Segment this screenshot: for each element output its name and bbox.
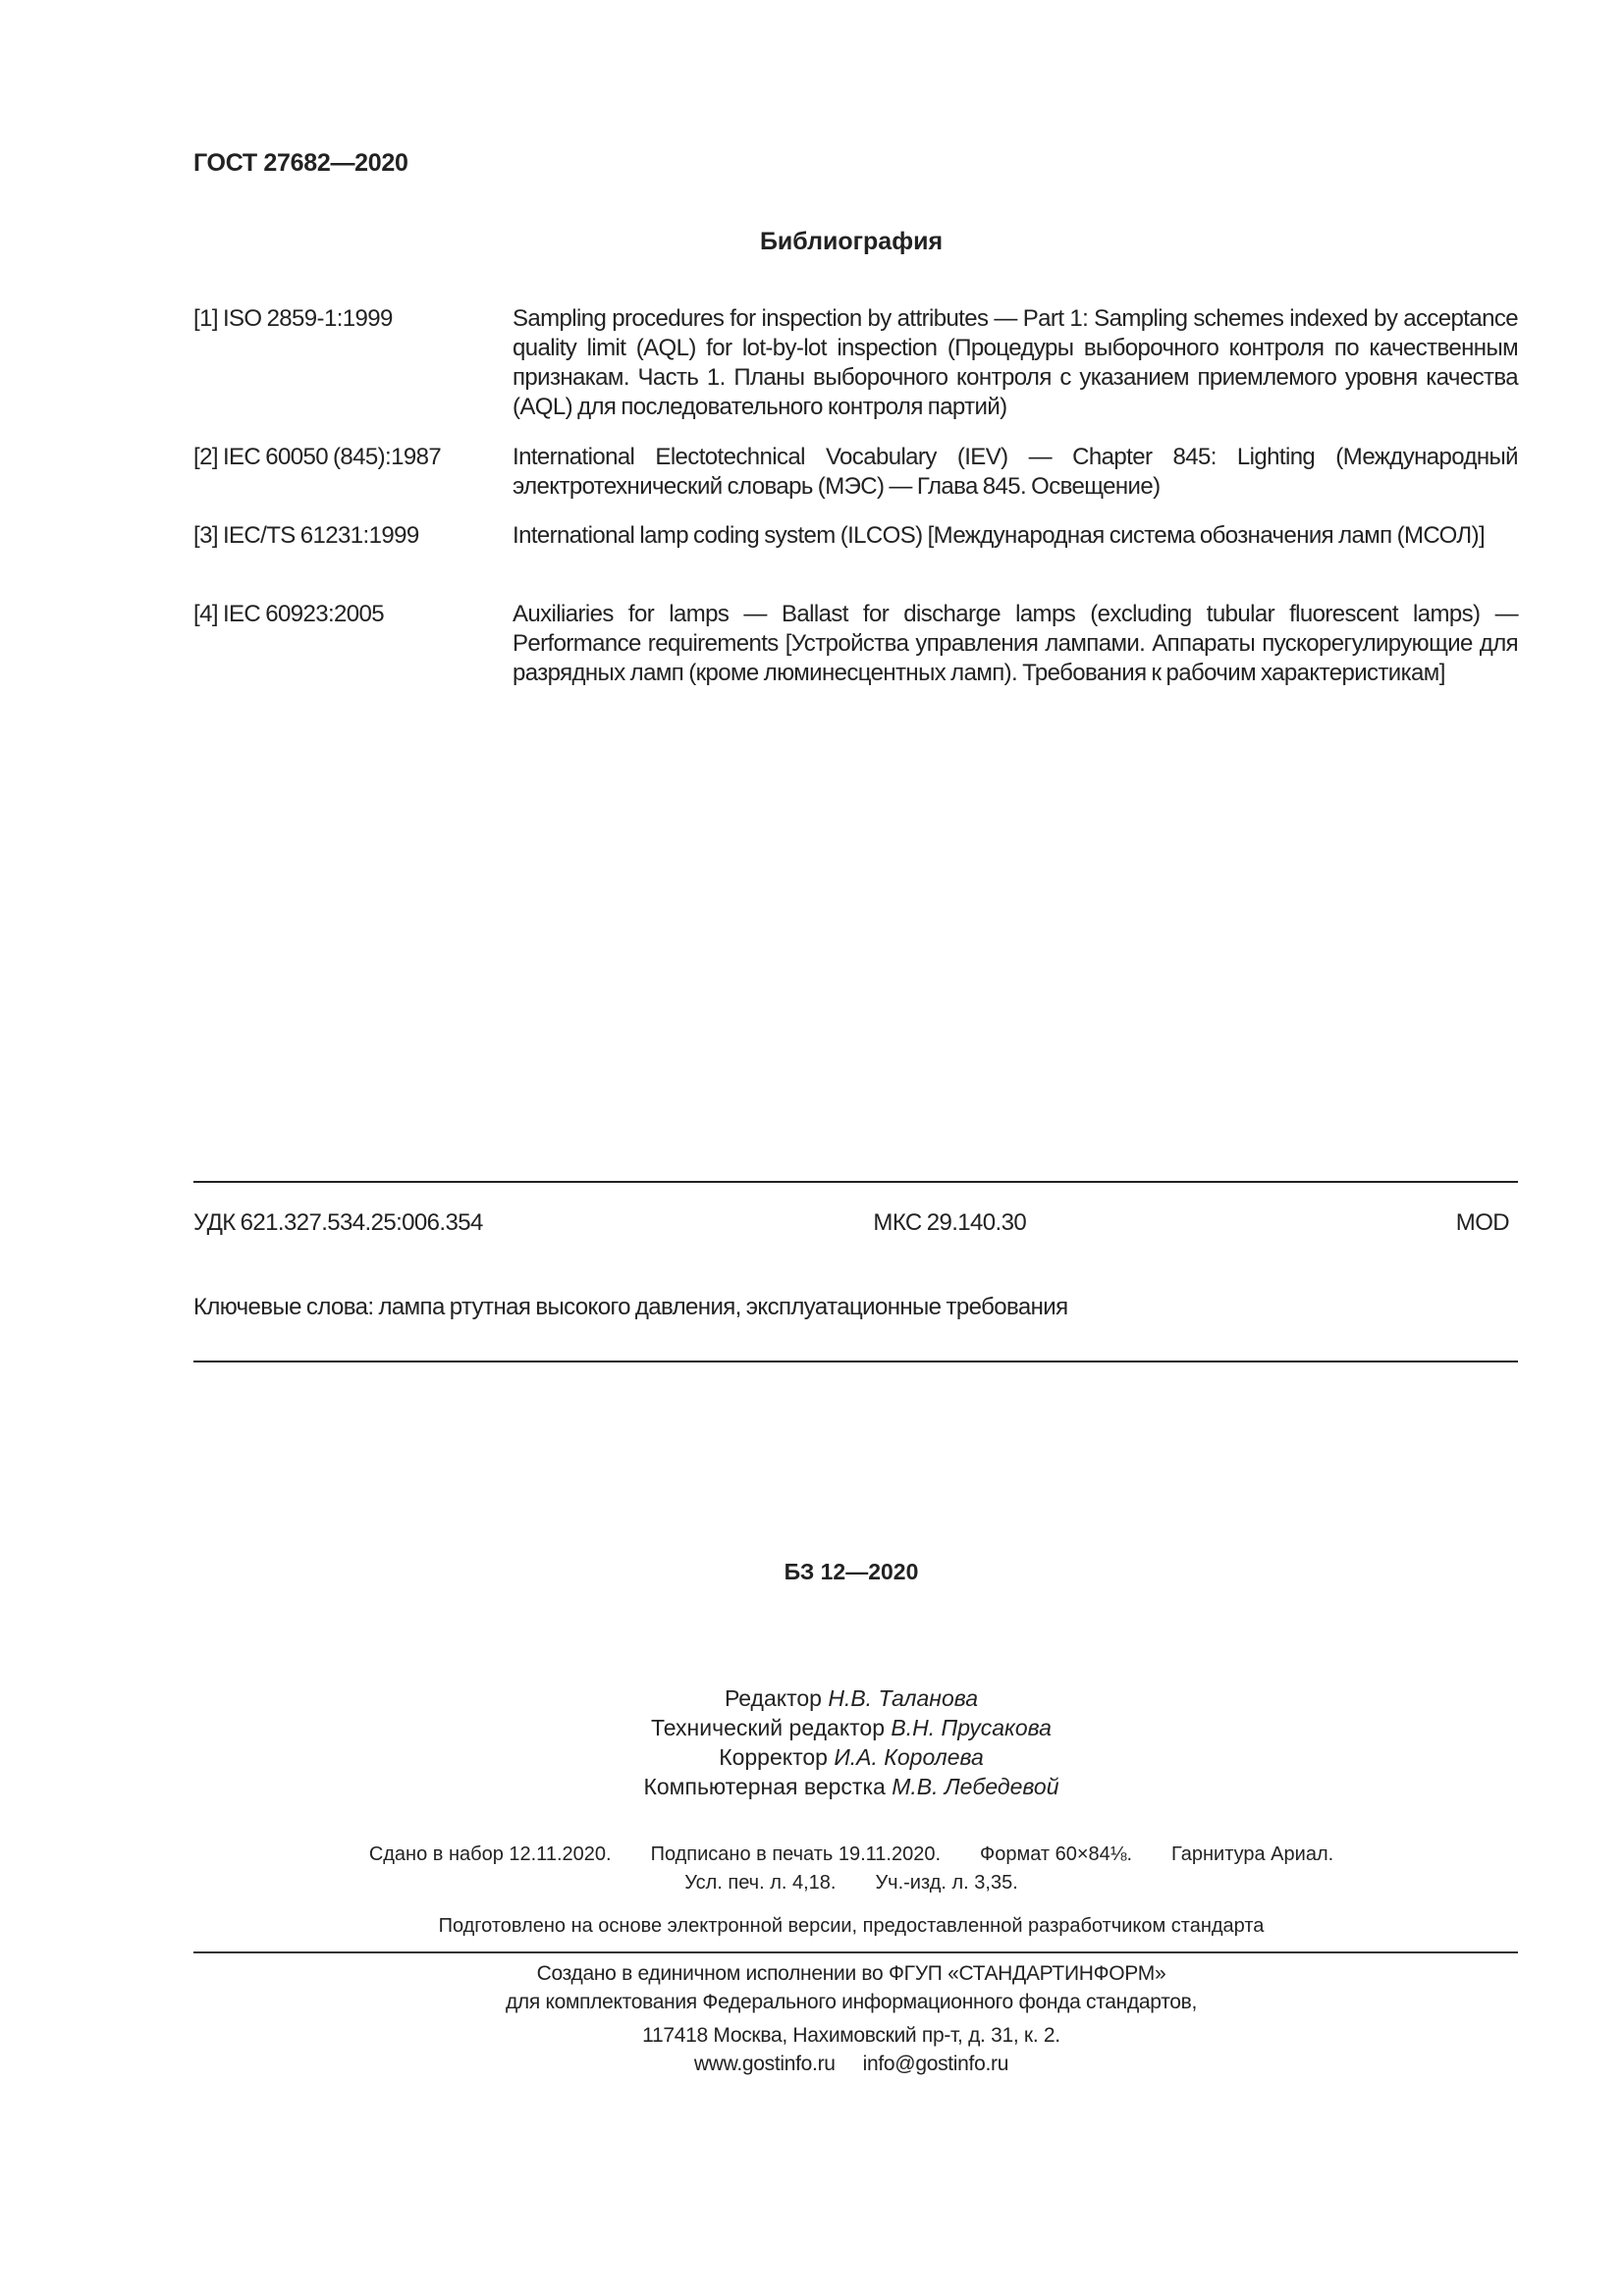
prepared-note: Подготовлено на основе электронной верси… (0, 1912, 1624, 1941)
reference-code: [1] ISO 2859-1:1999 (193, 304, 513, 422)
imprint-signed: Подписано в печать 19.11.2020. (651, 1843, 941, 1865)
reference-description: Sampling procedures for inspection by at… (513, 304, 1518, 422)
mks-code: МКС 29.140.30 (873, 1209, 1026, 1237)
keywords: Ключевые слова: лампа ртутная высокого д… (193, 1294, 1068, 1321)
creator-contacts: www.gostinfo.ruinfo@gostinfo.ru (0, 2050, 1624, 2078)
imprint-typeface: Гарнитура Ариал. (1171, 1843, 1333, 1865)
email-link[interactable]: info@gostinfo.ru (863, 2053, 1008, 2075)
imprint-line-1: Сдано в набор 12.11.2020.Подписано в печ… (0, 1841, 1624, 1869)
staff-name: И.А. Королева (834, 1744, 983, 1770)
reference-code: [2] IEC 60050 (845):1987 (193, 443, 513, 502)
divider-bottom (193, 1361, 1518, 1362)
reference-description: Auxiliaries for lamps — Ballast for disc… (513, 600, 1518, 688)
bibliography-title: Библиография (0, 228, 1624, 256)
staff-role: Компьютерная верстка (643, 1774, 885, 1799)
creator-address: 117418 Москва, Нахимовский пр-т, д. 31, … (0, 2021, 1624, 2050)
document-id: ГОСТ 27682—2020 (193, 149, 408, 178)
classification-row: УДК 621.327.534.25:006.354 МКС 29.140.30… (193, 1209, 1509, 1237)
reference-description: International Electotechnical Vocabulary… (513, 443, 1518, 502)
staff-role: Технический редактор (651, 1715, 885, 1740)
creator-line-1: Создано в единичном исполнении во ФГУП «… (0, 1959, 1624, 1988)
reference-item-1: [1] ISO 2859-1:1999 Sampling procedures … (193, 304, 1518, 422)
staff-line-tech-editor: Технический редактор В.Н. Прусакова (79, 1713, 1624, 1742)
reference-item-4: [4] IEC 60923:2005 Auxiliaries for lamps… (193, 600, 1518, 688)
staff-name: М.В. Лебедевой (892, 1774, 1058, 1799)
bz-number: БЗ 12—2020 (0, 1559, 1624, 1585)
imprint-print-sheets: Усл. печ. л. 4,18. (684, 1872, 836, 1894)
reference-item-3: [3] IEC/TS 61231:1999 International lamp… (193, 521, 1518, 551)
creator-line-2: для комплектования Федерального информац… (0, 1988, 1624, 2016)
reference-description: International lamp coding system (ILCOS)… (513, 521, 1518, 551)
imprint-format: Формат 60×84⅛. (980, 1843, 1132, 1865)
imprint-publisher-sheets: Уч.-изд. л. 3,35. (875, 1872, 1017, 1894)
harmonization-degree: MOD (1456, 1209, 1509, 1237)
imprint-submitted: Сдано в набор 12.11.2020. (369, 1843, 612, 1865)
divider-imprint (193, 1951, 1518, 1953)
staff-name: Н.В. Таланова (828, 1685, 978, 1711)
staff-role: Редактор (725, 1685, 822, 1711)
reference-code: [3] IEC/TS 61231:1999 (193, 521, 513, 551)
divider-top (193, 1181, 1518, 1183)
website-link[interactable]: www.gostinfo.ru (694, 2053, 836, 2075)
udk-code: УДК 621.327.534.25:006.354 (193, 1209, 483, 1237)
staff-name: В.Н. Прусакова (891, 1715, 1052, 1740)
staff-line-corrector: Корректор И.А. Королева (79, 1742, 1624, 1772)
staff-role: Корректор (719, 1744, 828, 1770)
staff-line-layout: Компьютерная верстка М.В. Лебедевой (79, 1772, 1624, 1801)
reference-code: [4] IEC 60923:2005 (193, 600, 513, 688)
staff-line-editor: Редактор Н.В. Таланова (79, 1683, 1624, 1713)
editorial-staff: Редактор Н.В. Таланова Технический редак… (0, 1683, 1624, 1801)
reference-item-2: [2] IEC 60050 (845):1987 International E… (193, 443, 1518, 502)
imprint-line-2: Усл. печ. л. 4,18.Уч.-изд. л. 3,35. (0, 1869, 1624, 1897)
